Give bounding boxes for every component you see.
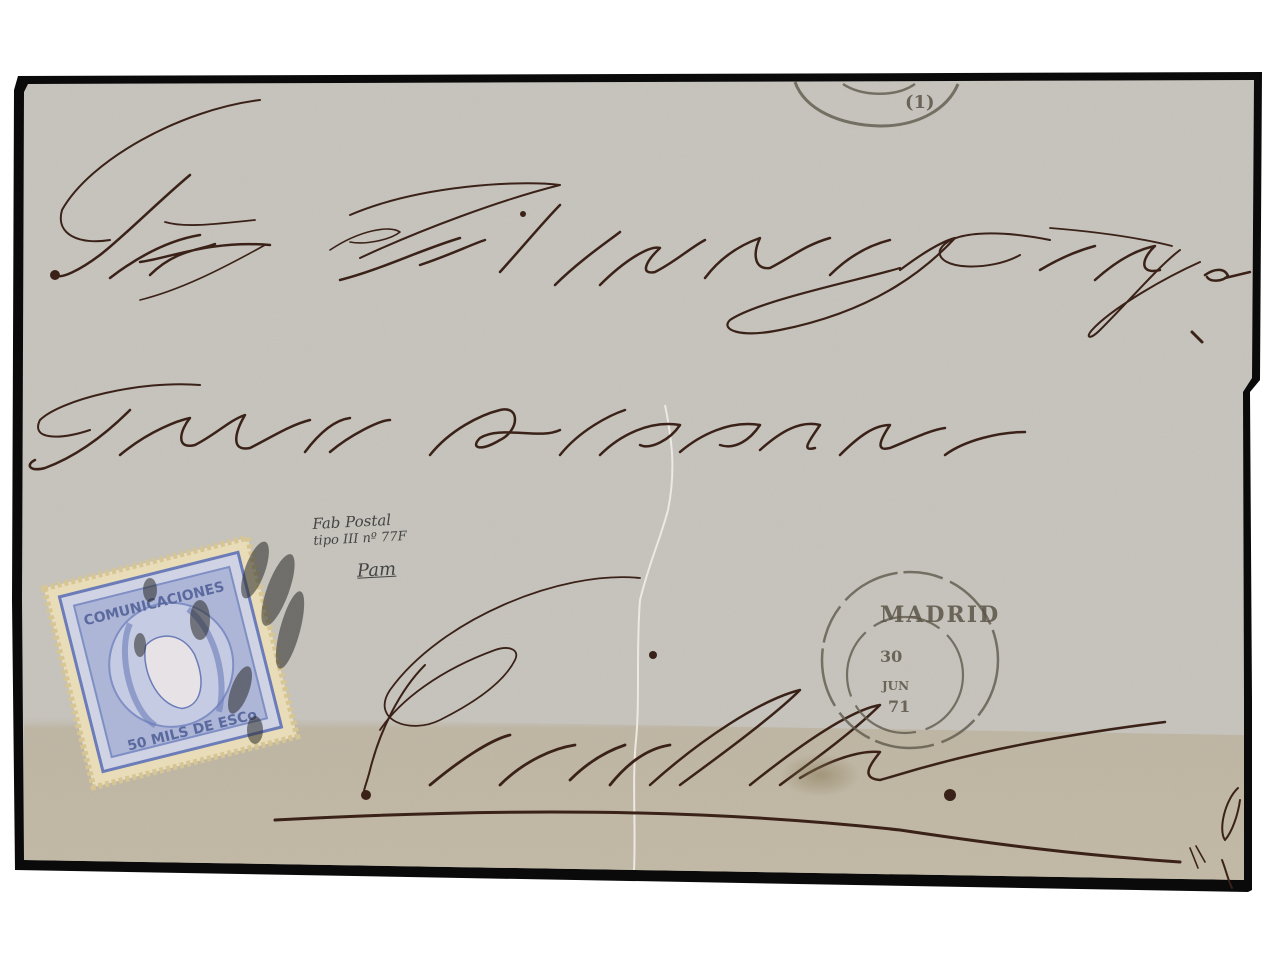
postmark-year: 71 <box>888 697 910 716</box>
pencil-note-signature: Pam <box>357 560 409 581</box>
postmark-top-text: (1) <box>905 92 935 113</box>
postal-cover: (1) <box>0 0 1276 956</box>
postmark-town: MADRID <box>880 602 1000 628</box>
pencil-note-line-2: tipo III nº 77F <box>313 528 407 551</box>
postmark-month: JUN <box>881 679 909 693</box>
postmark-day: 30 <box>880 647 902 666</box>
pencil-note: Fab Postal tipo III nº 77F Pam <box>312 510 409 583</box>
ink-blot <box>780 753 860 797</box>
